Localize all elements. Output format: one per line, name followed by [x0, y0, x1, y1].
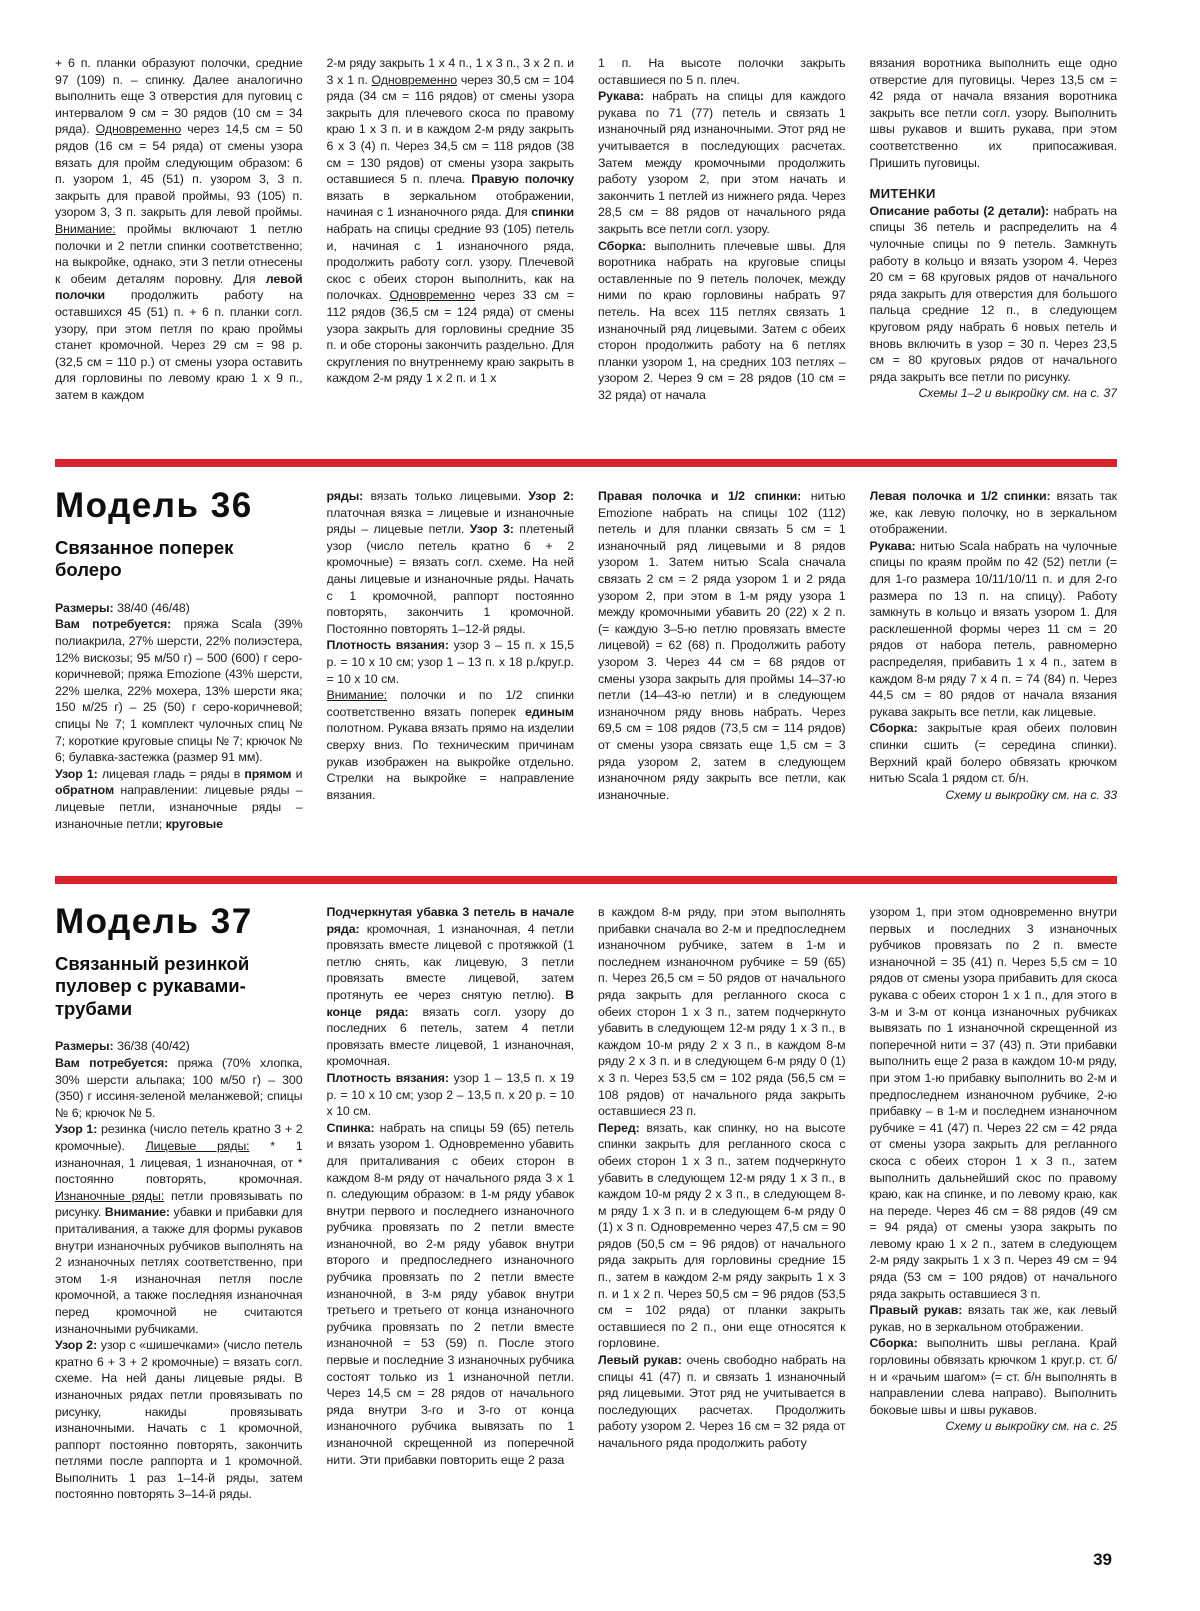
text-run: Правый рукав: — [870, 1303, 963, 1317]
text-run: МИТЕНКИ — [870, 186, 936, 201]
continued-column-3: 1 п. На высоте полочки закрыть оставшиес… — [598, 55, 846, 451]
text-run: Схемы 1–2 и выкройку см. на с. 37 — [918, 386, 1117, 400]
text-run: Описание работы (2 детали): — [870, 204, 1050, 218]
text-run: Плотность вязания: — [327, 1071, 449, 1085]
paragraph: Правая полочка и 1/2 спинки: нитью Emozi… — [598, 488, 846, 803]
paragraph: Сборка: выполнить швы реглана. Край горл… — [870, 1335, 1118, 1418]
paragraph: Левый рукав: очень свободно набрать на с… — [598, 1352, 846, 1452]
paragraph: Рукава: нитью Scala набрать на чулочные … — [870, 538, 1118, 721]
paragraph: 1 п. На высоте полочки закрыть оставшиес… — [598, 55, 846, 88]
model37-column-1-text: Размеры: 36/38 (40/42)Вам потребуется: п… — [55, 1038, 303, 1503]
text-run: полотном. Рукава вязать прямо на изделии… — [327, 721, 575, 801]
text-run: и — [292, 767, 303, 781]
model36-column-4: Левая полочка и 1/2 спинки: вязать так ж… — [870, 488, 1118, 872]
text-run: вязать, как спинку, но на высоте спинки … — [598, 1121, 846, 1351]
text-run: Узор 2: — [528, 489, 574, 503]
paragraph: МИТЕНКИ — [870, 186, 1118, 203]
text-run: круговые — [166, 817, 223, 831]
model36-column-1: Модель 36 Связанное поперек болеро Разме… — [55, 488, 303, 872]
text-run: Размеры: — [55, 601, 114, 615]
text-run: Внимание: — [55, 222, 116, 236]
text-run: Вам потребуется: — [55, 1056, 168, 1070]
text-run: Узор 1: — [55, 1122, 97, 1136]
text-run: нитью Emozione набрать на спицы 102 (112… — [598, 489, 846, 802]
text-run: Сборка: — [870, 1336, 918, 1350]
paragraph: Узор 1: лицевая гладь = ряды в прямом и … — [55, 766, 303, 832]
text-run: набрать на спицы 36 петель и распределит… — [870, 204, 1118, 384]
text-run: Рукава: — [870, 539, 916, 553]
text-run: Плотность вязания: — [327, 638, 449, 652]
text-run: пряжа Scala (39% полиакрила, 27% шерсти,… — [55, 617, 303, 764]
text-run: вязания воротника выполнить еще одно отв… — [870, 56, 1118, 170]
model36-column-2: ряды: вязать только лицевыми. Узор 2: пл… — [327, 488, 575, 872]
text-run: лицевая гладь = ряды в — [98, 767, 245, 781]
model37-column-1: Модель 37 Связанный резинкой пуловер с р… — [55, 904, 303, 1556]
paragraph: Схему и выкройку см. на с. 25 — [870, 1418, 1118, 1435]
text-run: вязать только лицевыми. — [363, 489, 528, 503]
paragraph: + 6 п. планки образуют полочки, средние … — [55, 55, 303, 403]
text-run: ряды: — [327, 489, 364, 503]
model-37-heading: Модель 37 — [55, 904, 303, 941]
text-run: очень свободно набрать на спицы 41 (47) … — [598, 1353, 846, 1450]
text-run: в каждом 8-м ряду, при этом выполнять пр… — [598, 905, 846, 1118]
text-run: через 14,5 см = 50 рядов (16 см = 54 ряд… — [55, 122, 303, 219]
paragraph: Рукава: набрать на спицы для каждого рук… — [598, 88, 846, 237]
text-run: плетеный узор (число петель кратно 6 + 2… — [327, 522, 575, 636]
paragraph: ряды: вязать только лицевыми. Узор 2: пл… — [327, 488, 575, 637]
paragraph: Перед: вязать, как спинку, но на высоте … — [598, 1120, 846, 1352]
section-model-37: Модель 37 Связанный резинкой пуловер с р… — [55, 904, 1117, 1556]
paragraph: узором 1, при этом одновременно внутри п… — [870, 904, 1118, 1302]
paragraph: Плотность вязания: узор 3 – 15 п. х 15,5… — [327, 637, 575, 687]
continued-column-2: 2-м ряду закрыть 1 х 4 п., 1 х 3 п., 3 х… — [327, 55, 575, 451]
text-run: узор с «шишечками» (число петель кратно … — [55, 1338, 303, 1501]
model-36-subtitle: Связанное поперек болеро — [55, 537, 303, 582]
section-model-36: Модель 36 Связанное поперек болеро Разме… — [55, 488, 1117, 872]
text-run: Лицевые ряды: — [146, 1139, 250, 1153]
magazine-page: + 6 п. планки образуют полочки, средние … — [0, 0, 1200, 1611]
text-run: продолжить работу на оставшихся 45 (51) … — [55, 288, 303, 402]
text-run: 1 п. На высоте полочки закрыть оставшиес… — [598, 56, 846, 87]
paragraph: Левая полочка и 1/2 спинки: вязать так ж… — [870, 488, 1118, 538]
text-run: 36/38 (40/42) — [114, 1039, 190, 1053]
model-36-heading: Модель 36 — [55, 488, 303, 525]
text-run: Схему и выкройку см. на с. 33 — [945, 788, 1117, 802]
text-run: через 33 см = 112 рядов (36,5 см = 124 р… — [327, 288, 575, 385]
paragraph: Размеры: 38/40 (46/48) — [55, 600, 303, 617]
paragraph: Вам потребуется: пряжа (70% хлопка, 30% … — [55, 1055, 303, 1121]
text-run: Рукава: — [598, 89, 644, 103]
model37-column-2: Подчеркнутая убавка 3 петель в начале ря… — [327, 904, 575, 1556]
paragraph: Размеры: 36/38 (40/42) — [55, 1038, 303, 1055]
text-run: Правую полочку — [471, 172, 574, 186]
text-run: Схему и выкройку см. на с. 25 — [945, 1419, 1117, 1433]
text-run: Сборка: — [870, 721, 918, 735]
model36-column-3: Правая полочка и 1/2 спинки: нитью Emozi… — [598, 488, 846, 872]
text-run: Одновременно — [96, 122, 181, 136]
text-run: Узор 3: — [470, 522, 514, 536]
text-run: убавки и прибавки для приталивания, а та… — [55, 1205, 303, 1335]
paragraph: Сборка: выполнить плечевые швы. Для воро… — [598, 238, 846, 404]
text-run: нитью Scala набрать на чулочные спицы по… — [870, 539, 1118, 719]
continued-column-1: + 6 п. планки образуют полочки, средние … — [55, 55, 303, 451]
model37-column-3: в каждом 8-м ряду, при этом выполнять пр… — [598, 904, 846, 1556]
paragraph: вязания воротника выполнить еще одно отв… — [870, 55, 1118, 171]
model37-column-4: узором 1, при этом одновременно внутри п… — [870, 904, 1118, 1556]
text-run: Вам потребуется: — [55, 617, 171, 631]
paragraph: Сборка: закрытые края обеих половин спин… — [870, 720, 1118, 786]
paragraph: в каждом 8-м ряду, при этом выполнять пр… — [598, 904, 846, 1120]
text-run: кромочная, 1 изнаночная, 4 петли провяза… — [327, 922, 575, 1002]
page-number: 39 — [1093, 1550, 1112, 1570]
text-run: Изнаночные ряды: — [55, 1189, 164, 1203]
text-run: Внимание: — [327, 688, 388, 702]
text-run: Перед: — [598, 1121, 640, 1135]
text-run: обратном — [55, 783, 114, 797]
text-run: узором 1, при этом одновременно внутри п… — [870, 905, 1118, 1301]
text-run: набрать на спицы 59 (65) петель и вязать… — [327, 1121, 575, 1467]
text-run: через 30,5 см = 104 ряда (34 см = 116 ря… — [327, 73, 575, 187]
text-run: 38/40 (46/48) — [114, 601, 190, 615]
section-divider — [55, 459, 1117, 467]
text-run: спинки — [531, 205, 574, 219]
text-run: Одновременно — [372, 73, 457, 87]
paragraph: 2-м ряду закрыть 1 х 4 п., 1 х 3 п., 3 х… — [327, 55, 575, 387]
text-run: Размеры: — [55, 1039, 114, 1053]
text-run: Левая полочка и 1/2 спинки: — [870, 489, 1051, 503]
text-run: Правая полочка и 1/2 спинки: — [598, 489, 801, 503]
text-run: Сборка: — [598, 239, 646, 253]
text-run: прямом — [244, 767, 291, 781]
text-run: набрать на спицы для каждого рукава по 7… — [598, 89, 846, 236]
paragraph: Внимание: полочки и по 1/2 спинки соотве… — [327, 687, 575, 803]
paragraph: Правый рукав: вязать так же, как левый р… — [870, 1302, 1118, 1335]
text-run: Левый рукав: — [598, 1353, 682, 1367]
text-run: Спинка: — [327, 1121, 375, 1135]
paragraph: Схемы 1–2 и выкройку см. на с. 37 — [870, 385, 1118, 402]
section-divider — [55, 876, 1117, 884]
paragraph: Описание работы (2 детали): набрать на с… — [870, 203, 1118, 386]
text-run: Внимание: — [105, 1205, 170, 1219]
paragraph: Подчеркнутая убавка 3 петель в начале ря… — [327, 904, 575, 1070]
continued-column-4: вязания воротника выполнить еще одно отв… — [870, 55, 1118, 451]
text-run: Узор 2: — [55, 1338, 97, 1352]
text-run: Узор 1: — [55, 767, 98, 781]
paragraph: Схему и выкройку см. на с. 33 — [870, 787, 1118, 804]
paragraph: Спинка: набрать на спицы 59 (65) петель … — [327, 1120, 575, 1468]
paragraph: Плотность вязания: узор 1 – 13,5 п. х 19… — [327, 1070, 575, 1120]
section-continued-patterns: + 6 п. планки образуют полочки, средние … — [55, 55, 1117, 451]
text-run: выполнить плечевые швы. Для воротника на… — [598, 239, 846, 402]
paragraph: Вам потребуется: пряжа Scala (39% полиак… — [55, 616, 303, 765]
paragraph: Узор 1: резинка (число петель кратно 3 +… — [55, 1121, 303, 1337]
model-37-subtitle: Связанный резинкой пуловер с рукавами-тр… — [55, 953, 303, 1021]
text-run: единым — [525, 705, 574, 719]
model36-column-1-text: Размеры: 38/40 (46/48)Вам потребуется: п… — [55, 600, 303, 832]
paragraph: Узор 2: узор с «шишечками» (число петель… — [55, 1337, 303, 1503]
text-run: Одновременно — [390, 288, 475, 302]
